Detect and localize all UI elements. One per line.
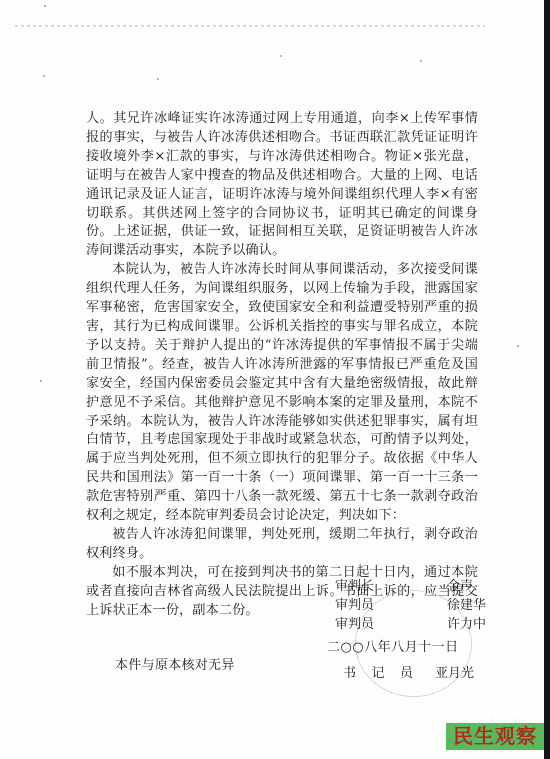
sig-name-part: 华 [473,596,486,615]
paragraph-evidence: 人。其兄许冰峰证实许冰涛通过网上专用通道，向李×上传军事情报的事实，与被告人许冰… [86,110,478,261]
copy-certification-note: 本件与原本核对无异 [115,654,235,673]
clerk-name: 亚月光 [435,662,474,681]
sig-title-char: 审 [335,596,348,615]
paragraph-verdict: 被告人许冰涛犯间谍罪，判处死刑，缓期二年执行，剥夺政治权利终身。 [86,526,478,564]
paragraph-court-opinion: 本院认为，被告人许冰涛长时间从事间谍活动，多次接受间谍组织代理人任务，为间谍组织… [86,261,478,526]
sig-name-part: 声 [460,577,473,596]
sig-title-char: 审 [335,577,348,596]
sig-title-char: 员 [361,596,374,615]
scan-speck [43,75,45,77]
scan-speck [420,60,422,62]
clerk-signature: 书记员 亚月光 [343,662,474,681]
sig-name-part: 许力 [447,615,473,634]
signature-block: 审判长 金声 审判员 徐建华 审判员 许力中 [335,577,499,634]
sig-title-char: 员 [361,615,374,634]
scan-speck [280,55,282,57]
clerk-title-char: 书 [343,662,356,681]
sig-name-part: 徐建 [447,596,473,615]
signature-judge-2: 审判员 许力中 [335,615,499,634]
judgment-date: 二○○八年八月十一日 [327,636,459,655]
watermark-logo: 民生观察 [446,723,544,750]
scan-speck [517,345,519,347]
scan-speck [40,380,42,382]
judgment-body: 人。其兄许冰峰证实许冰涛通过网上专用通道，向李×上传军事情报的事实，与被告人许冰… [86,110,478,620]
clerk-title-char: 员 [400,662,413,681]
sig-title-char: 判 [348,596,361,615]
sig-title-char: 判 [348,615,361,634]
scan-speck [44,5,46,7]
signature-presiding-judge: 审判长 金声 [335,577,499,596]
scan-artifact-line [15,25,485,27]
scan-speck [157,78,159,80]
sig-name-part: 中 [473,615,486,634]
scan-edge [544,0,550,759]
sig-title-char: 审 [335,615,348,634]
sig-name-part: 金 [447,577,460,596]
clerk-title-char: 记 [371,662,384,681]
sig-title-char: 长 [361,577,374,596]
signature-judge-1: 审判员 徐建华 [335,596,499,615]
sig-title-char: 判 [348,577,361,596]
